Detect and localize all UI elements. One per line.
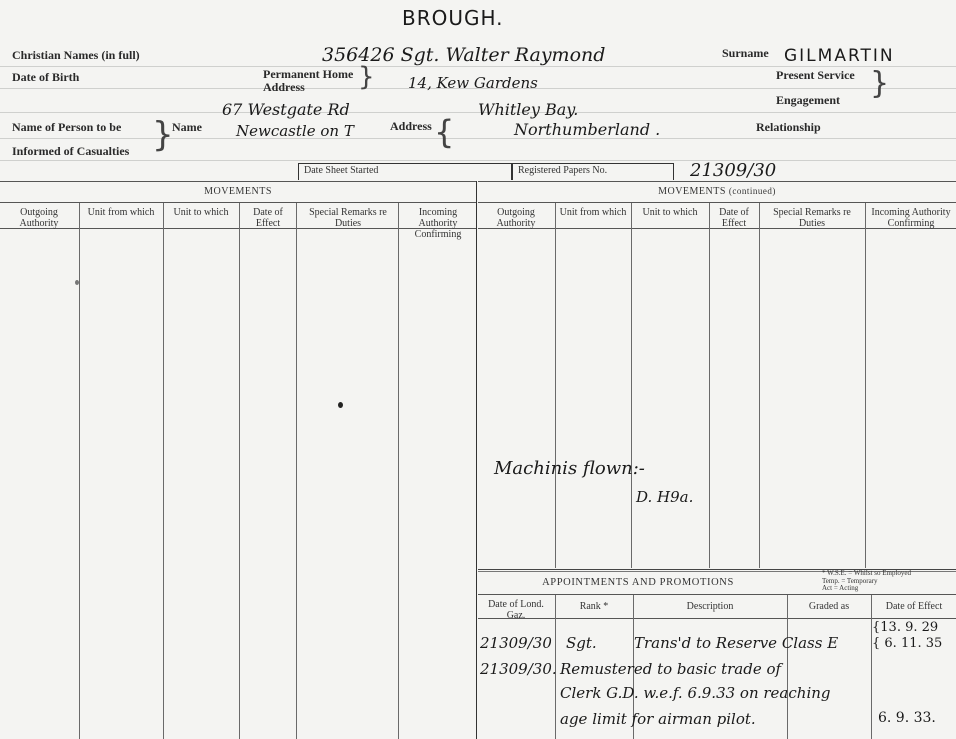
column-divider	[709, 203, 710, 568]
column-divider	[239, 203, 240, 739]
col-header-outgoing-authority: Outgoing Authority	[478, 207, 554, 229]
col-header-date-of-effect: Date of Effect	[240, 207, 296, 229]
home-address-label-line2: Address	[263, 81, 353, 94]
brace-icon: }	[870, 66, 889, 101]
brace-icon: {	[434, 113, 454, 151]
movements-note-line2: D. H9a.	[636, 488, 693, 506]
col-header-unit-to: Unit to which	[164, 207, 238, 218]
home-address-line3: Northumberland .	[514, 120, 660, 139]
divider	[478, 594, 956, 595]
present-service-label: Present Service	[776, 68, 855, 83]
column-divider	[555, 203, 556, 568]
column-divider	[631, 203, 632, 568]
col-header-unit-from: Unit from which	[556, 207, 630, 218]
column-divider	[759, 203, 760, 568]
table-divider	[476, 181, 477, 739]
col-header-incoming-authority: Incoming Authority Confirming	[866, 207, 956, 229]
appointment-rank: Sgt.	[566, 634, 597, 652]
movements-note-line1: Machinis flown:-	[494, 458, 645, 479]
surname-label: Surname	[722, 46, 769, 61]
legend-line: Act = Acting	[822, 585, 911, 593]
col-header-description: Description	[634, 601, 786, 612]
brace-icon: }	[152, 115, 174, 155]
column-divider	[296, 203, 297, 739]
col-header-unit-from: Unit from which	[80, 207, 162, 218]
appointment-effect: 6. 9. 33.	[878, 710, 936, 726]
nok-name-line1: 67 Westgate Rd	[222, 100, 350, 119]
brace-icon: }	[358, 62, 375, 92]
registered-papers-value: 21309/30	[690, 160, 776, 181]
appointment-description: Trans'd to Reserve Class E	[634, 634, 838, 652]
appointments-title: APPOINTMENTS AND PROMOTIONS	[478, 577, 798, 588]
column-divider	[398, 203, 399, 739]
stamp-name: BROUGH.	[402, 6, 504, 30]
col-header-outgoing-authority: Outgoing Authority	[0, 207, 78, 229]
appointment-description: Clerk G.D. w.e.f. 6.9.33 on reaching	[560, 684, 831, 702]
ink-spot	[338, 402, 343, 408]
name-label: Name	[172, 120, 202, 135]
appointment-date: 21309/30.	[480, 660, 557, 678]
dob-label: Date of Birth	[12, 70, 79, 85]
col-header-rank: Rank *	[556, 601, 632, 612]
home-address-line2: Whitley Bay.	[478, 100, 578, 119]
col-header-date-of-effect: Date of Effect	[710, 207, 758, 229]
next-of-kin-label-line1: Name of Person to be	[12, 120, 121, 135]
column-divider	[871, 595, 872, 739]
surname-value: GILMARTIN	[784, 46, 895, 66]
col-header-special-remarks: Special Remarks re Duties	[298, 207, 398, 229]
appointment-effect: {13. 9. 29{ 6. 11. 35	[872, 620, 942, 652]
home-address-label: Permanent Home Address	[263, 68, 353, 94]
col-header-incoming-authority: Incoming Authority Confirming	[400, 207, 476, 240]
engagement-label: Engagement	[776, 93, 840, 108]
home-address-line1: 14, Kew Gardens	[408, 74, 538, 92]
col-header-date-lond-gaz: Date of Lond. Gaz.	[478, 599, 554, 621]
date-sheet-started-label: Date Sheet Started	[304, 165, 378, 176]
col-header-special-remarks: Special Remarks re Duties	[760, 207, 864, 229]
divider	[478, 202, 956, 203]
divider	[0, 181, 476, 182]
divider	[0, 202, 476, 203]
movements-continued-title-text: MOVEMENTS	[658, 186, 726, 197]
appointment-date: 21309/30	[480, 634, 552, 652]
rule-line	[0, 138, 956, 139]
divider	[478, 181, 956, 182]
registered-papers-label: Registered Papers No.	[518, 165, 607, 176]
next-of-kin-label-line2: Informed of Casualties	[12, 144, 129, 159]
col-header-graded-as: Graded as	[788, 601, 870, 612]
rule-line	[0, 160, 956, 161]
column-divider	[163, 203, 164, 739]
column-divider	[79, 203, 80, 739]
col-header-unit-to: Unit to which	[632, 207, 708, 218]
rule-line	[0, 66, 956, 67]
christian-names-label: Christian Names (in full)	[12, 48, 140, 63]
rank-legend: * W.S.E. = Whilst so Employed Temp. = Te…	[822, 570, 911, 593]
column-divider	[865, 203, 866, 568]
relationship-label: Relationship	[756, 120, 821, 135]
movements-title: MOVEMENTS	[0, 186, 476, 197]
nok-name-line2: Newcastle on T	[236, 122, 354, 140]
ink-spot	[75, 280, 79, 285]
col-header-date-of-effect: Date of Effect	[872, 601, 956, 612]
movements-continued-title: MOVEMENTS (continued)	[478, 186, 956, 197]
appointment-description: age limit for airman pilot.	[560, 710, 756, 728]
movements-continued-suffix: (continued)	[729, 186, 776, 196]
address-label: Address	[390, 119, 432, 134]
column-divider	[787, 595, 788, 739]
appointment-description: Remustered to basic trade of	[560, 660, 781, 678]
